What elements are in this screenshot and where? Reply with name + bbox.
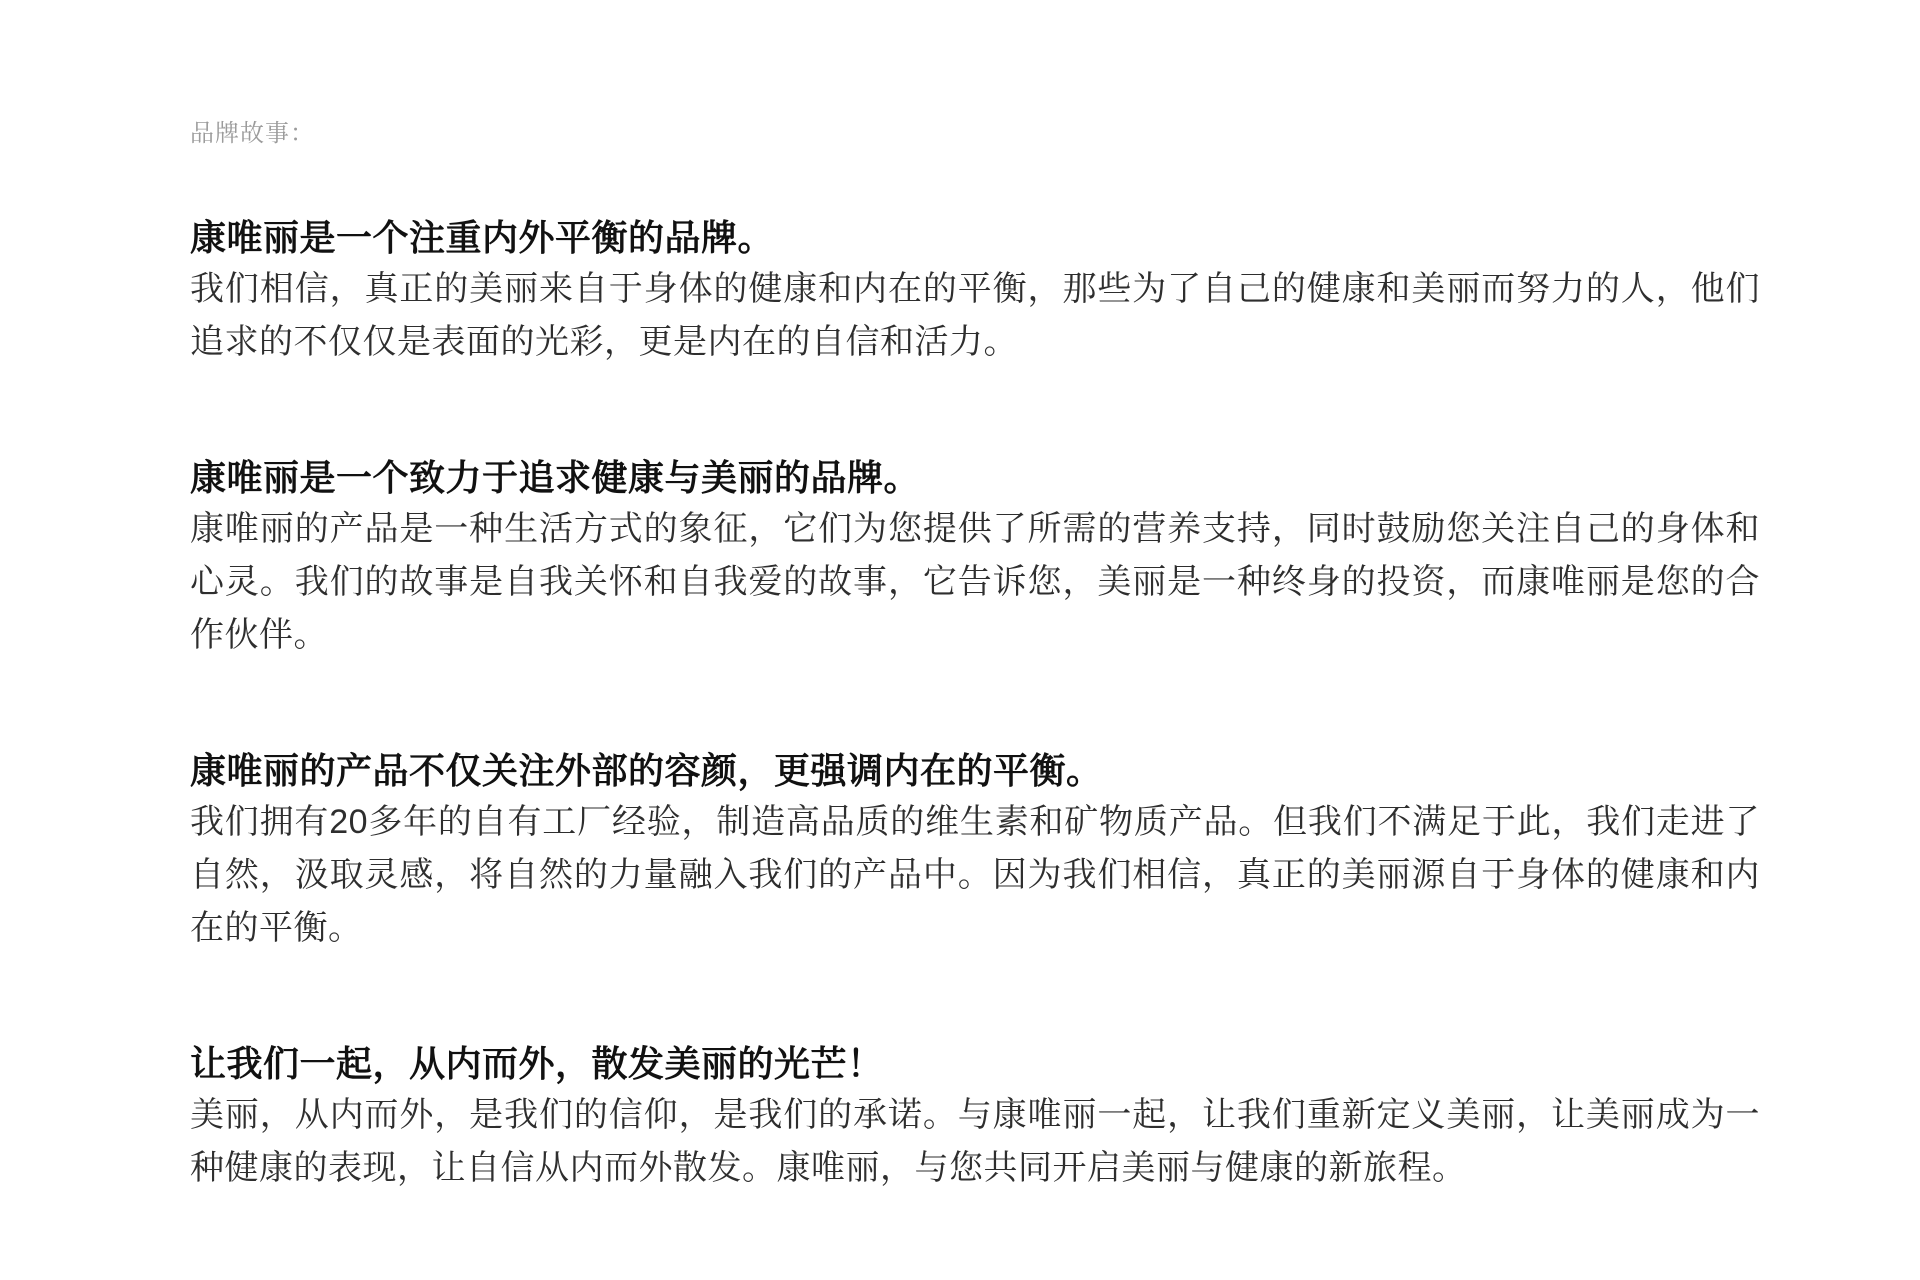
- brand-story-page: 品牌故事： 康唯丽是一个注重内外平衡的品牌。 我们相信，真正的美丽来自于身体的健…: [0, 0, 1920, 1280]
- section-body: 我们相信，真正的美丽来自于身体的健康和内在的平衡，那些为了自己的健康和美丽而努力…: [190, 263, 1760, 369]
- section-heading: 康唯丽是一个注重内外平衡的品牌。: [190, 213, 1760, 263]
- story-section-health-beauty: 康唯丽是一个致力于追求健康与美丽的品牌。 康唯丽的产品是一种生活方式的象征，它们…: [190, 453, 1760, 662]
- story-section-products: 康唯丽的产品不仅关注外部的容颜，更强调内在的平衡。 我们拥有20多年的自有工厂经…: [190, 746, 1760, 955]
- section-body: 康唯丽的产品是一种生活方式的象征，它们为您提供了所需的营养支持，同时鼓励您关注自…: [190, 503, 1760, 662]
- section-body: 我们拥有20多年的自有工厂经验，制造高品质的维生素和矿物质产品。但我们不满足于此…: [190, 796, 1760, 955]
- section-heading: 康唯丽的产品不仅关注外部的容颜，更强调内在的平衡。: [190, 746, 1760, 796]
- brand-story-label: 品牌故事：: [190, 118, 1760, 149]
- section-heading: 康唯丽是一个致力于追求健康与美丽的品牌。: [190, 453, 1760, 503]
- section-heading: 让我们一起，从内而外，散发美丽的光芒！: [190, 1039, 1760, 1089]
- story-section-callout: 让我们一起，从内而外，散发美丽的光芒！ 美丽，从内而外，是我们的信仰，是我们的承…: [190, 1039, 1760, 1195]
- section-body: 美丽，从内而外，是我们的信仰，是我们的承诺。与康唯丽一起，让我们重新定义美丽，让…: [190, 1089, 1760, 1195]
- story-section-balance: 康唯丽是一个注重内外平衡的品牌。 我们相信，真正的美丽来自于身体的健康和内在的平…: [190, 213, 1760, 369]
